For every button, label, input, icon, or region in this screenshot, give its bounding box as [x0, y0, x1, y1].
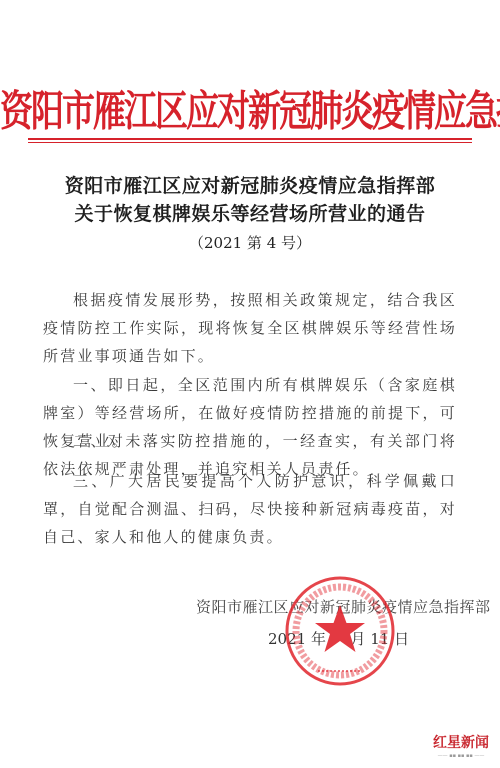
intro-paragraph: 根据疫情发展形势，按照相关政策规定，结合我区疫情防控工作实际，现将恢复全区棋牌娱…	[43, 286, 457, 370]
masthead-rule-thin	[28, 142, 472, 143]
notice-title-line2: 关于恢复棋牌娱乐等经营场所营业的通告	[0, 199, 500, 226]
item-3-text: 三、广大居民要提高个人防护意识，科学佩戴口罩，自觉配合测温、扫码，尽快接种新冠病…	[43, 467, 457, 551]
notice-title-line1: 资阳市雁江区应对新冠肺炎疫情应急指挥部	[0, 171, 500, 198]
news-logo-tagline: —— ▪▪ ▪▪ ▪▪ ——	[433, 753, 489, 759]
seal-star-icon	[315, 605, 365, 652]
official-seal-icon	[284, 575, 396, 687]
news-logo-text: 红星新闻	[433, 732, 489, 752]
item-3-paragraph: 三、广大居民要提高个人防护意识，科学佩戴口罩，自觉配合测温、扫码，尽快接种新冠病…	[43, 467, 457, 551]
document-number: （2021 第 4 号）	[0, 232, 500, 253]
news-logo-watermark: 红星新闻 —— ▪▪ ▪▪ ▪▪ ——	[433, 732, 489, 759]
intro-text: 根据疫情发展形势，按照相关政策规定，结合我区疫情防控工作实际，现将恢复全区棋牌娱…	[43, 286, 457, 370]
masthead: 资阳市雁江区应对新冠肺炎疫情应急指挥部	[0, 78, 500, 138]
masthead-rule-thick	[28, 138, 472, 140]
